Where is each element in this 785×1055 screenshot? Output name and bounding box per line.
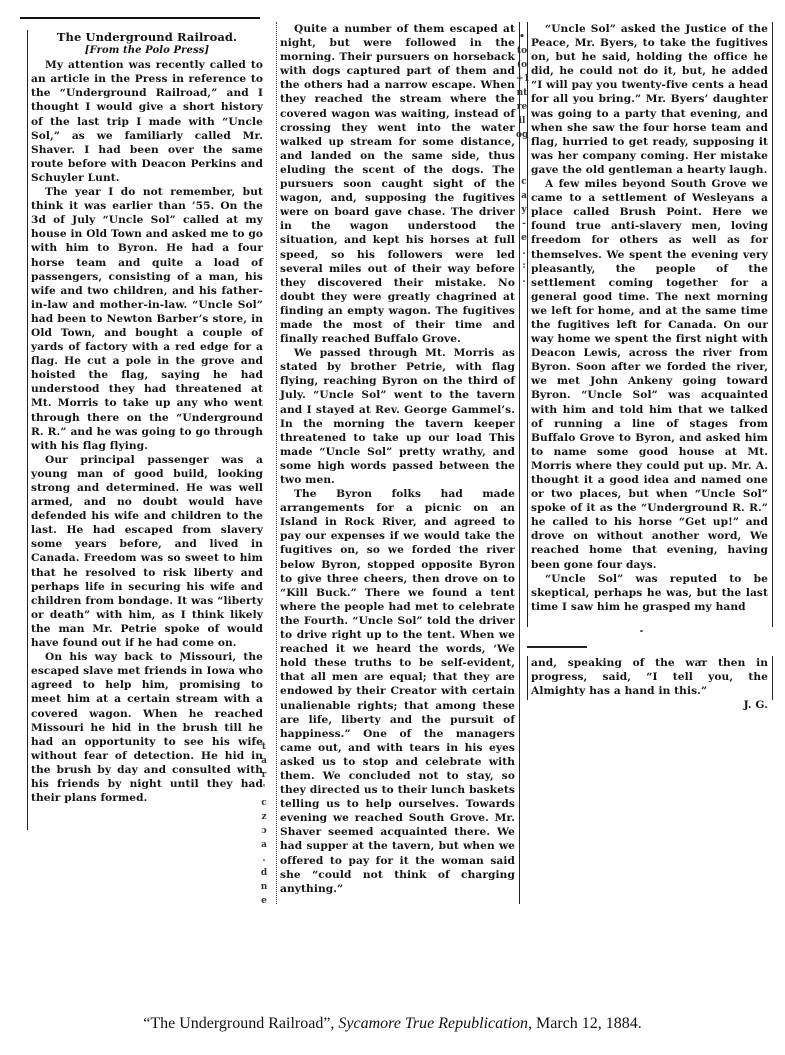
margin-char: . (518, 245, 530, 259)
margin-char: ' (258, 782, 270, 796)
margin-char: c (258, 796, 270, 810)
margin-char: il (516, 114, 528, 128)
print-speck (640, 630, 643, 632)
paragraph-7: The Byron folks had made arrangements fo… (280, 487, 515, 896)
paragraph-3: Our principal passenger was a young man … (31, 453, 263, 650)
paragraph-10: “Uncle Sol” was reputed to be skeptical,… (531, 572, 768, 614)
article-column-2: Quite a number of them escaped at night,… (276, 22, 520, 904)
margin-char: t (258, 740, 270, 754)
margin-char: to (516, 44, 528, 58)
margin-char: y (518, 203, 530, 217)
article-signature: J. G. (531, 698, 768, 712)
paragraph-11: and, speaking of the war then in progres… (531, 656, 768, 698)
caption-title: “The Underground Railroad”, (143, 1015, 338, 1032)
margin-char: d (258, 866, 270, 880)
paragraph-8: “Uncle Sol” asked the Justice of the Pea… (531, 22, 768, 177)
caption-date: , March 12, 1884. (528, 1015, 642, 1032)
margin-char: a (258, 838, 270, 852)
margin-char: re (516, 100, 528, 114)
clipping-caption: “The Underground Railroad”, Sycamore Tru… (0, 1015, 785, 1033)
margin-char: c (518, 175, 530, 189)
margin-char: nt (516, 86, 528, 100)
margin-char: . (258, 852, 270, 866)
margin-char: og (516, 128, 528, 142)
paragraph-5: Quite a number of them escaped at night,… (280, 22, 515, 346)
top-rule (20, 17, 260, 19)
margin-char: : (518, 259, 530, 273)
margin-fragment-col2: t a r ' c z ɔ a . d n e (258, 740, 270, 908)
margin-fragment-col3-top: • to (o +1 nt re il og (516, 30, 528, 142)
print-speck (180, 660, 182, 662)
margin-char: z (258, 810, 270, 824)
paragraph-6: We passed through Mt. Morris as stated b… (280, 346, 515, 487)
margin-char: e (258, 894, 270, 908)
article-column-1: The Underground Railroad. [From the Polo… (27, 30, 263, 830)
article-source: [From the Polo Press] (31, 44, 263, 58)
margin-fragment-col3-mid: c a y - e . : . (518, 175, 530, 287)
margin-char: a (518, 189, 530, 203)
margin-char: . (518, 273, 530, 287)
margin-char: +1 (516, 72, 528, 86)
margin-char: a (258, 754, 270, 768)
newspaper-clipping-page: The Underground Railroad. [From the Polo… (0, 0, 785, 1055)
paragraph-9: A few miles beyond South Grove we came t… (531, 177, 768, 572)
article-column-3: “Uncle Sol” asked the Justice of the Pea… (527, 22, 773, 627)
margin-char: (o (516, 58, 528, 72)
margin-char: e (518, 231, 530, 245)
caption-publication: Sycamore True Republication (338, 1015, 528, 1032)
paragraph-2: The year I do not remember, but think it… (31, 185, 263, 453)
column-separator-rule (527, 646, 587, 648)
paragraph-1: My attention was recently called to an a… (31, 58, 263, 185)
margin-char: ɔ (258, 824, 270, 838)
margin-char: • (516, 30, 528, 44)
article-column-3-continuation: and, speaking of the war then in progres… (527, 656, 773, 700)
article-headline: The Underground Railroad. (31, 30, 263, 44)
paragraph-4: On his way back to Missouri, the escaped… (31, 650, 263, 805)
margin-char: - (518, 217, 530, 231)
margin-char: r (258, 768, 270, 782)
print-speck (700, 660, 702, 662)
margin-char: n (258, 880, 270, 894)
